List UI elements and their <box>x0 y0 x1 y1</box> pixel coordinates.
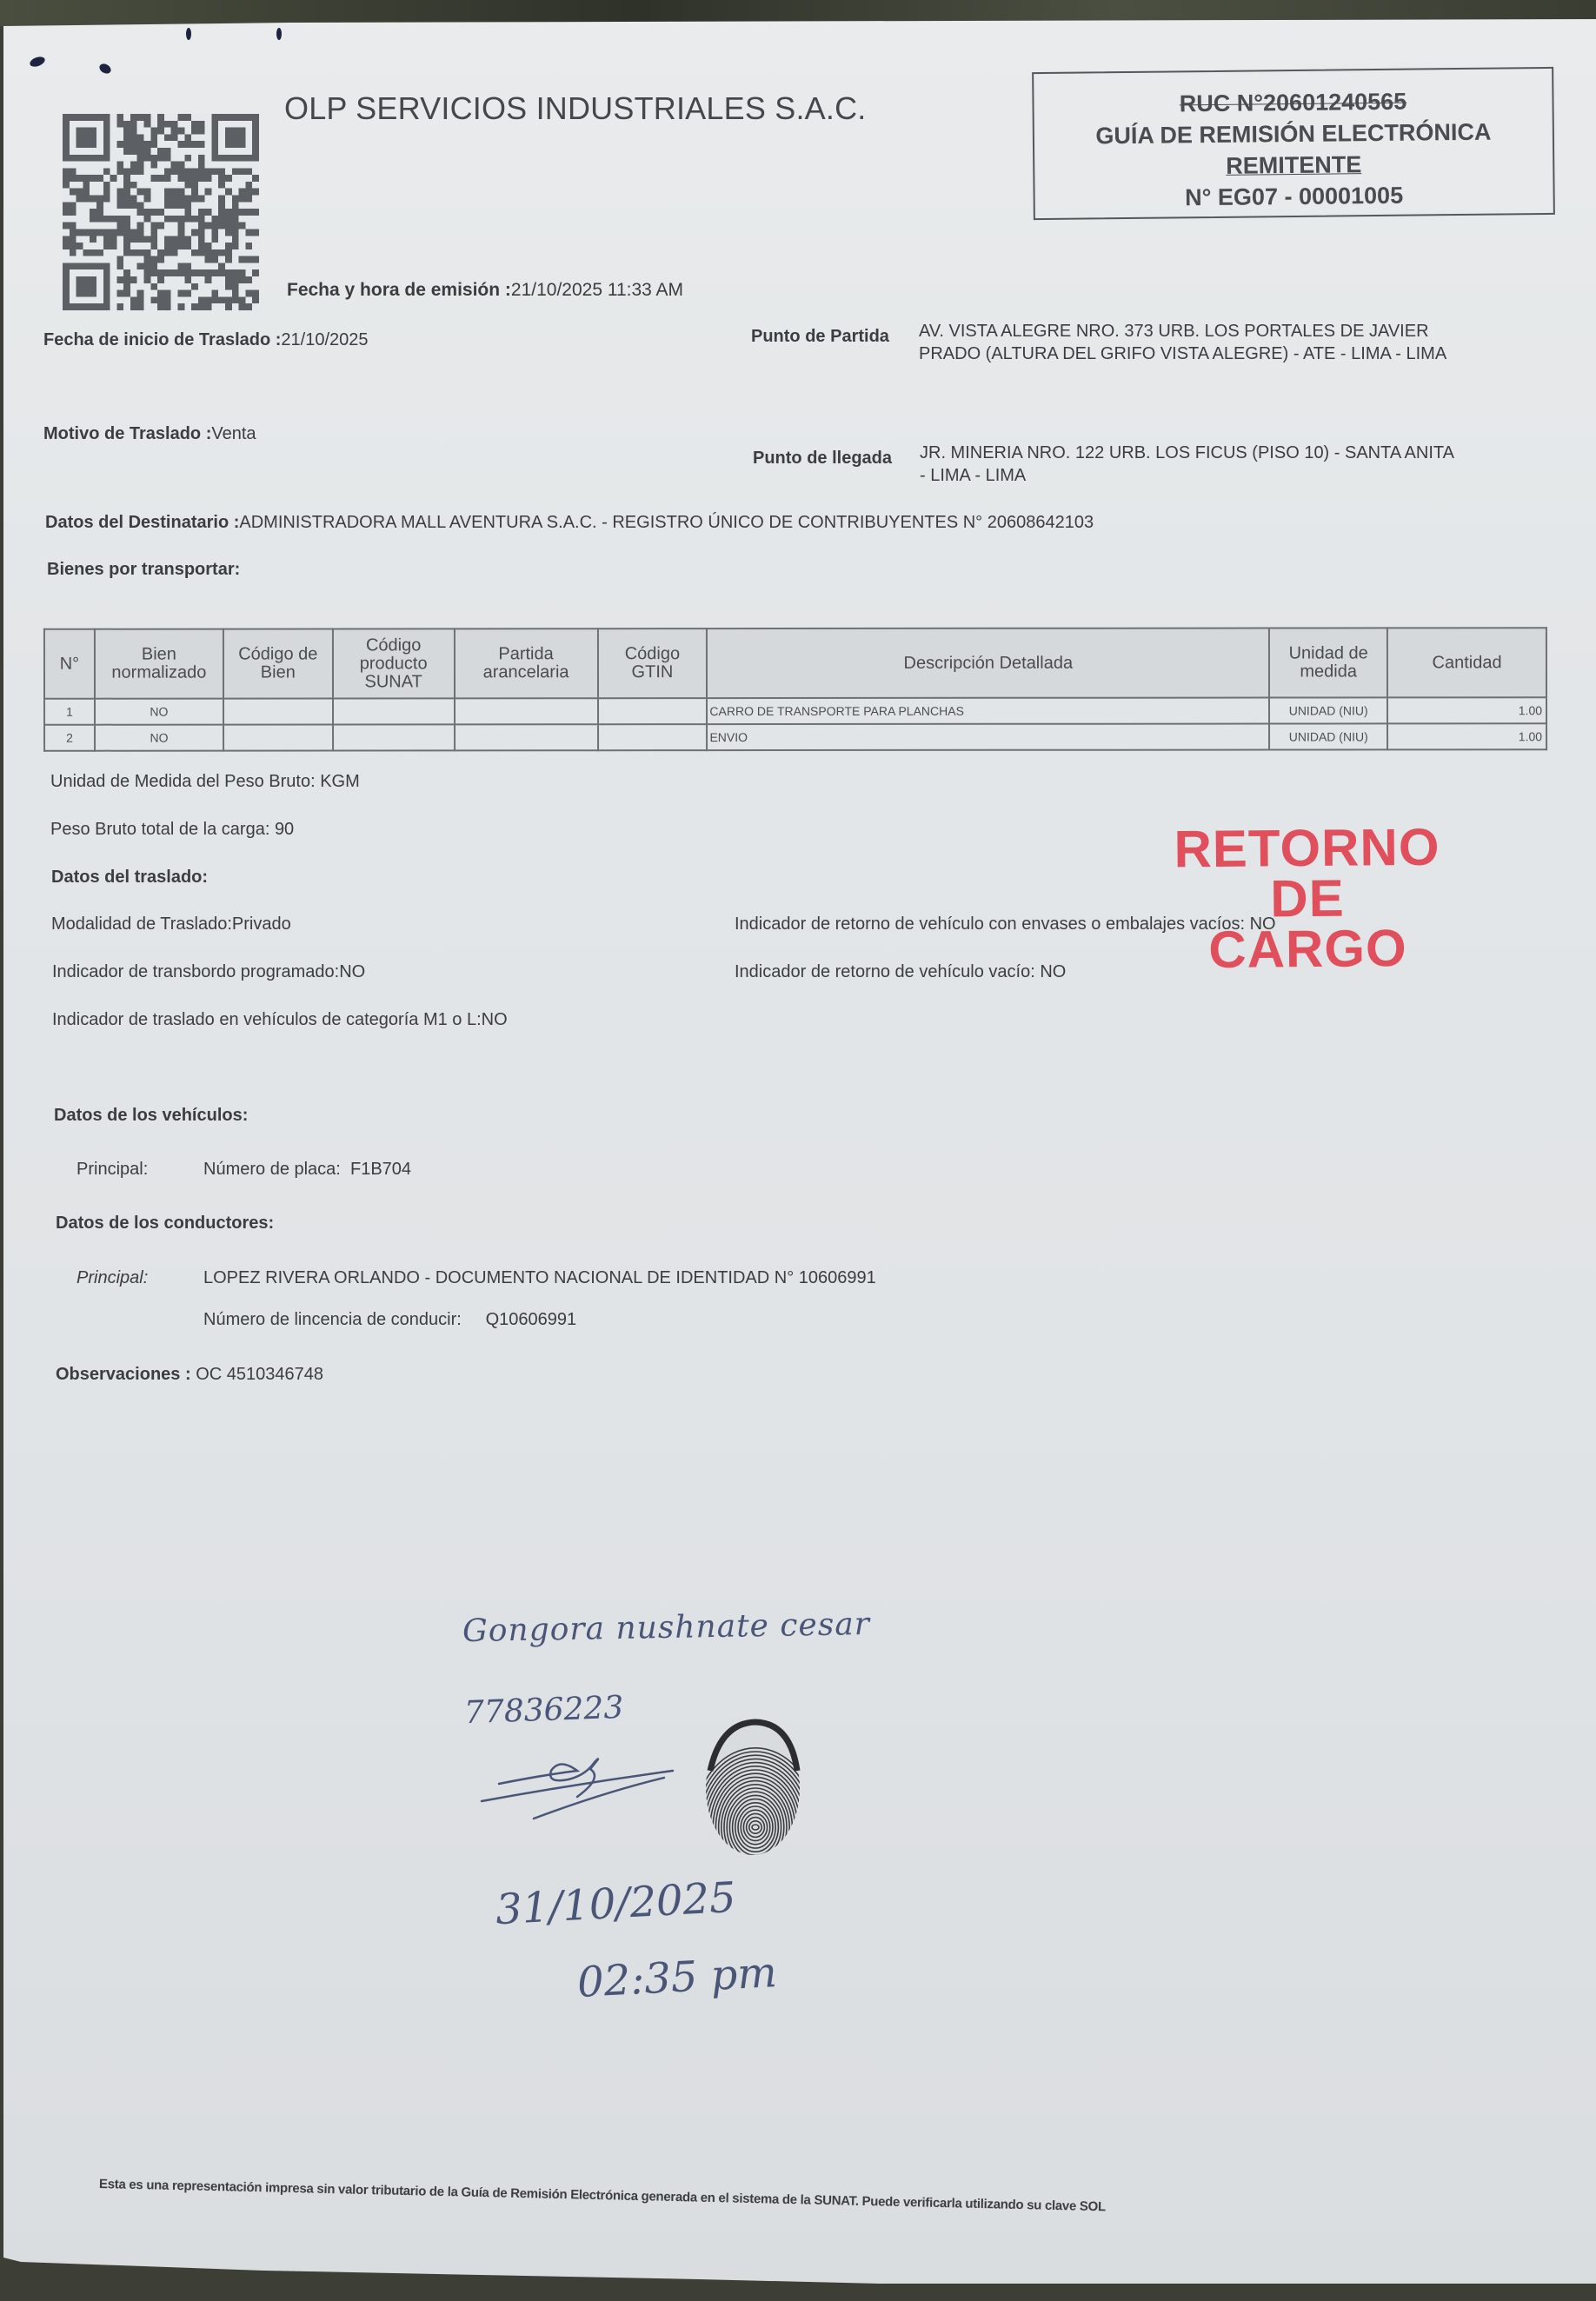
cell-descripcion: CARRO DE TRANSPORTE PARA PLANCHAS <box>707 698 1269 725</box>
driver-license: Número de lincencia de conducir: Q106069… <box>203 1310 576 1330</box>
return-cargo-stamp: RETORNO DE CARGO <box>1150 821 1465 975</box>
cell-partida <box>455 698 598 724</box>
driver-name-document: LOPEZ RIVERA ORLANDO - DOCUMENTO NACIONA… <box>203 1268 876 1288</box>
emission-value: 21/10/2025 11:33 AM <box>511 280 683 300</box>
cell-normalizado: NO <box>95 725 223 751</box>
column-header: N° <box>44 629 95 699</box>
column-header: Partida arancelaria <box>455 628 598 698</box>
table-header-row: N°Bien normalizadoCódigo de BienCódigo p… <box>44 628 1546 699</box>
driver-role: Principal: <box>76 1268 148 1288</box>
drivers-title: Datos de los conductores: <box>56 1214 274 1234</box>
vehicles-title: Datos de los vehículos: <box>54 1106 248 1126</box>
column-header: Código de Bien <box>223 628 333 698</box>
fingerprint-icon <box>703 1719 803 1858</box>
m1-l-indicator: Indicador de traslado en vehículos de ca… <box>52 1010 508 1030</box>
transshipment-indicator: Indicador de transbordo programado:NO <box>52 962 365 982</box>
cell-n: 2 <box>44 725 95 751</box>
cell-n: 1 <box>44 699 95 725</box>
cell-partida <box>455 724 598 750</box>
cell-cantidad: 1.00 <box>1387 697 1546 723</box>
table-row: 1NOCARRO DE TRANSPORTE PARA PLANCHASUNID… <box>44 697 1546 725</box>
vehicle-plate: Número de placa: F1B704 <box>203 1160 411 1180</box>
cell-normalizado: NO <box>95 699 223 725</box>
signature-icon <box>473 1736 682 1832</box>
start-date: Fecha de inicio de Traslado :21/10/2025 <box>43 330 369 350</box>
cell-codigo-sunat <box>333 698 455 724</box>
cell-unidad: UNIDAD (NIU) <box>1269 723 1387 749</box>
column-header: Cantidad <box>1387 628 1546 697</box>
cell-gtin <box>598 724 708 750</box>
vehicle-role: Principal: <box>76 1160 148 1180</box>
return-empty-indicator: Indicador de retorno de vehículo vacío: … <box>735 962 1066 982</box>
emission-label: Fecha y hora de emisión : <box>287 280 511 300</box>
document-type: GUÍA DE REMISIÓN ELECTRÓNICA <box>1034 116 1553 152</box>
goods-table: N°Bien normalizadoCódigo de BienCódigo p… <box>43 627 1547 752</box>
pin-mark-icon <box>97 62 112 76</box>
cell-unidad: UNIDAD (NIU) <box>1269 697 1387 723</box>
transfer-data-title: Datos del traslado: <box>51 868 208 888</box>
handwritten-date: 31/10/2025 <box>495 1873 737 1934</box>
observations: Observaciones : OC 4510346748 <box>56 1365 323 1385</box>
destination-address: JR. MINERIA NRO. 122 URB. LOS FICUS (PIS… <box>920 442 1454 487</box>
pin-mark-icon <box>29 55 46 69</box>
document-subtype: REMITENTE <box>1034 147 1553 183</box>
emission-datetime: Fecha y hora de emisión :21/10/2025 11:3… <box>287 280 683 301</box>
column-header: Descripción Detallada <box>707 628 1269 699</box>
ruc-number: RUC N°20601240565 <box>1034 84 1552 121</box>
origin-label: Punto de Partida <box>751 327 889 347</box>
cell-descripcion: ENVIO <box>707 724 1269 751</box>
destination-label: Punto de llegada <box>753 449 892 469</box>
pin-mark-icon <box>186 28 191 40</box>
handwritten-receiver-name: Gongora nushnate cesar <box>462 1606 871 1649</box>
origin-address: AV. VISTA ALEGRE NRO. 373 URB. LOS PORTA… <box>919 320 1446 365</box>
table-row: 2NOENVIOUNIDAD (NIU)1.00 <box>44 723 1546 751</box>
qr-code-icon <box>63 113 259 311</box>
ruc-box: RUC N°20601240565 GUÍA DE REMISIÓN ELECT… <box>1032 67 1555 220</box>
handwritten-receiver-dni: 77836223 <box>463 1690 624 1731</box>
weight-unit: Unidad de Medida del Peso Bruto: KGM <box>50 772 360 792</box>
recipient-data: Datos del Destinatario :ADMINISTRADORA M… <box>45 513 1094 533</box>
footer-disclaimer: Esta es una representación impresa sin v… <box>99 2177 1106 2214</box>
column-header: Código GTIN <box>597 628 707 698</box>
goods-title: Bienes por transportar: <box>47 560 240 580</box>
document-number: N° EG07 - 00001005 <box>1034 178 1553 215</box>
cell-codigo-bien <box>223 724 333 750</box>
transfer-reason: Motivo de Traslado :Venta <box>43 424 256 444</box>
cell-codigo-bien <box>223 698 333 724</box>
document-page: OLP SERVICIOS INDUSTRIALES S.A.C. Fecha … <box>3 19 1596 2284</box>
handwritten-time: 02:35 pm <box>576 1948 778 2007</box>
cell-gtin <box>598 698 708 724</box>
column-header: Unidad de medida <box>1269 628 1387 697</box>
cell-cantidad: 1.00 <box>1387 723 1546 749</box>
column-header: Bien normalizado <box>95 629 223 699</box>
pin-mark-icon <box>276 28 282 40</box>
column-header: Código producto SUNAT <box>333 628 455 698</box>
weight-total: Peso Bruto total de la carga: 90 <box>50 820 294 840</box>
cell-codigo-sunat <box>333 724 455 750</box>
company-name: OLP SERVICIOS INDUSTRIALES S.A.C. <box>284 90 866 127</box>
transfer-modality: Modalidad de Traslado:Privado <box>51 914 291 934</box>
